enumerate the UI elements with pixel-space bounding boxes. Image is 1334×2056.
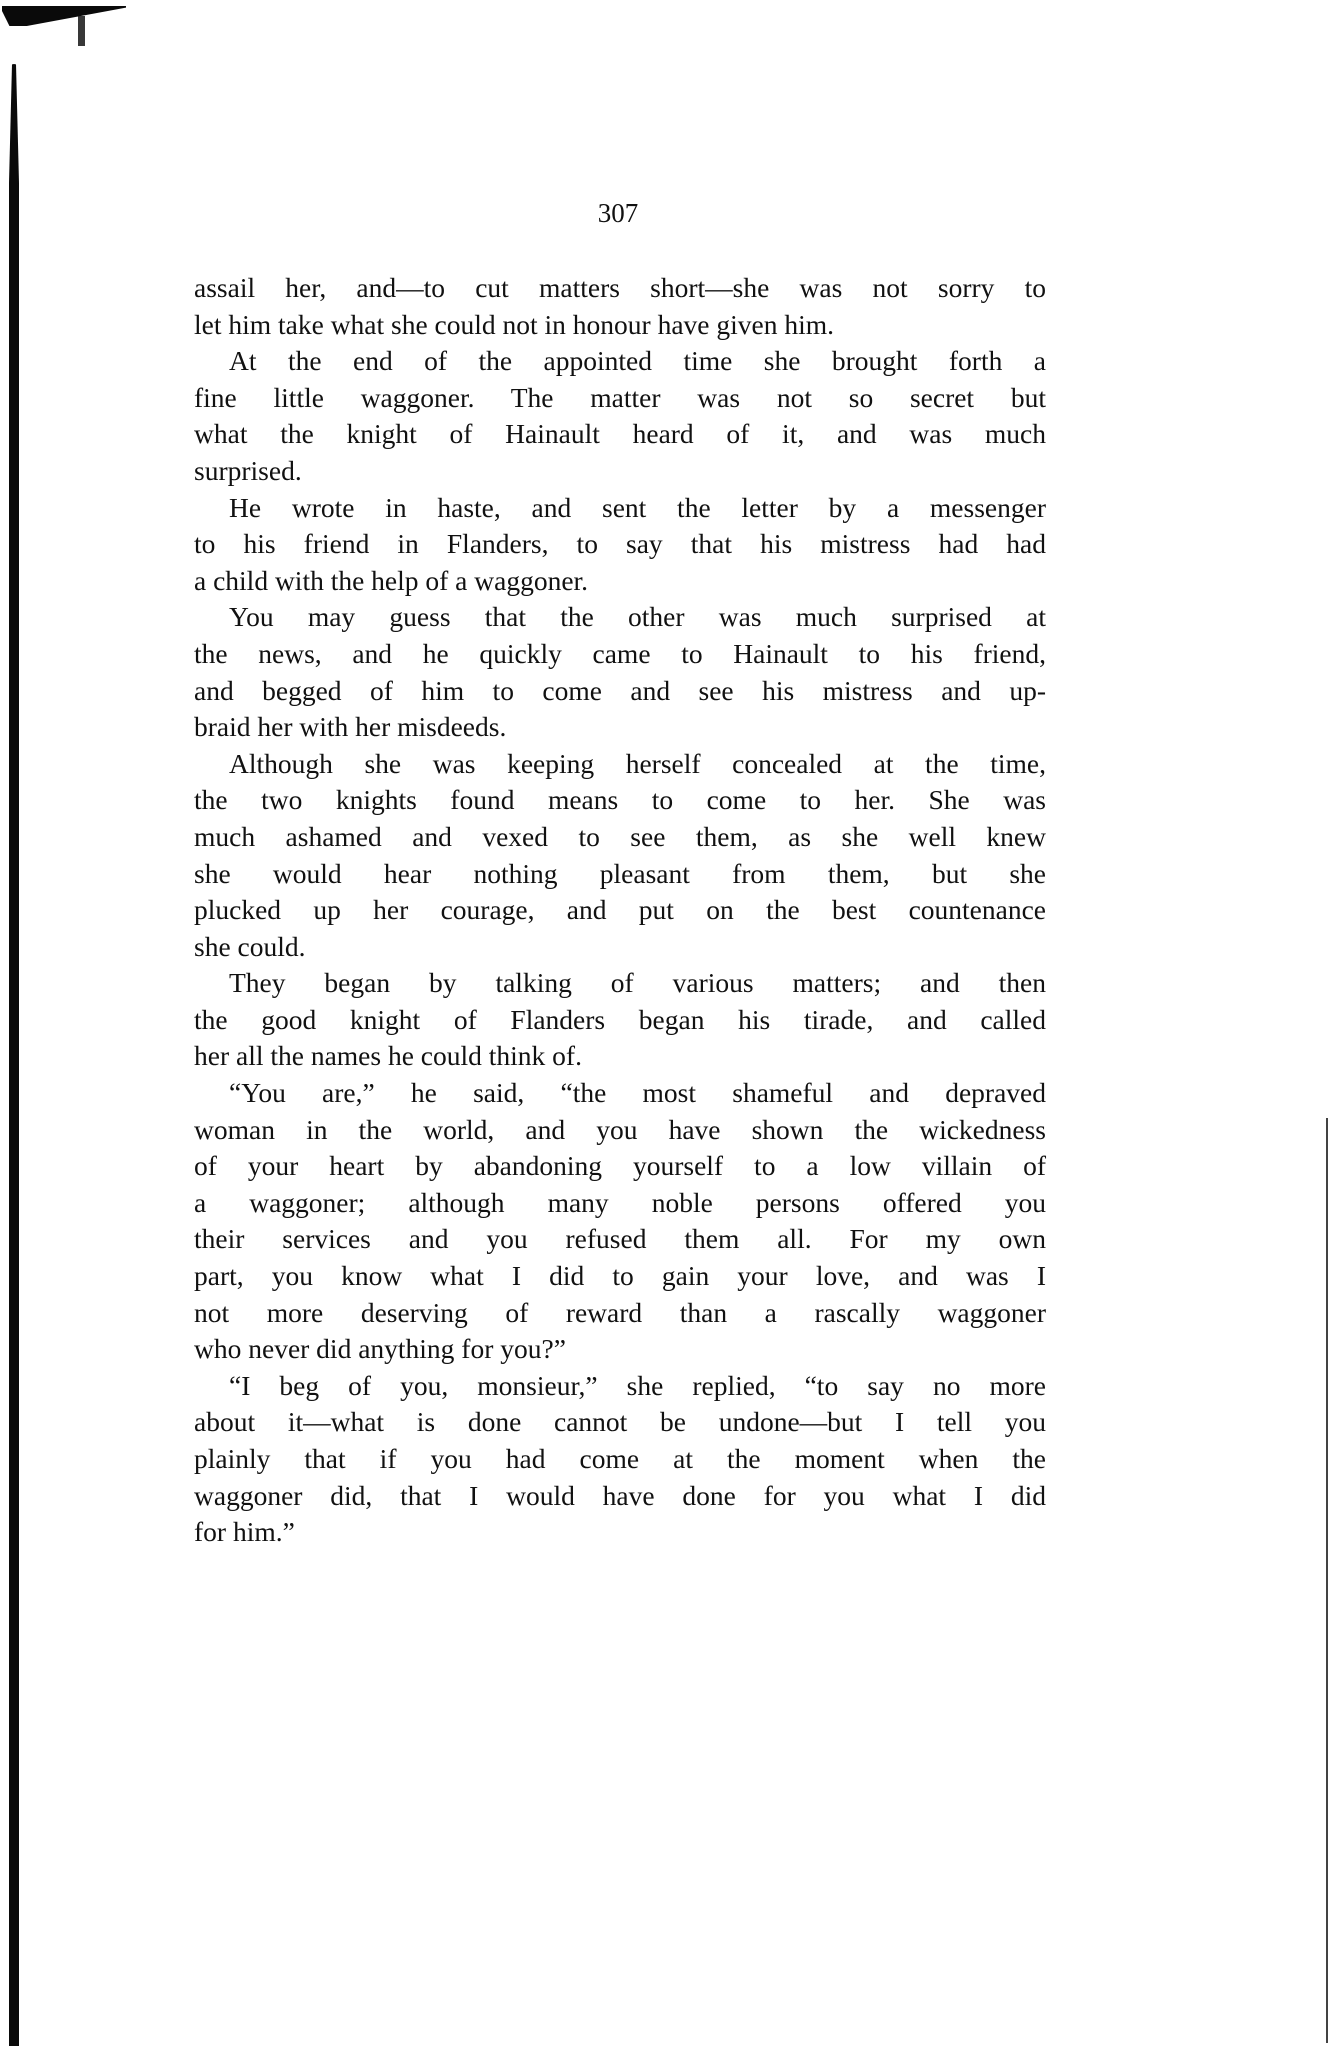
text-line: for him.” <box>194 1514 1046 1551</box>
text-line: the news, and he quickly came to Hainaul… <box>194 636 1046 673</box>
text-line: their services and you refused them all.… <box>194 1221 1046 1258</box>
text-line: part, you know what I did to gain your l… <box>194 1258 1046 1295</box>
text-line: a child with the help of a waggoner. <box>194 563 1046 600</box>
page-edge-line <box>1326 1118 1328 2043</box>
text-line: At the end of the appointed time she bro… <box>194 343 1046 380</box>
text-line: “I beg of you, monsieur,” she replied, “… <box>194 1368 1046 1405</box>
text-line: not more deserving of reward than a rasc… <box>194 1295 1046 1332</box>
text-line: what the knight of Hainault heard of it,… <box>194 416 1046 453</box>
body-text: assail her, and—to cut matters short—she… <box>194 270 1046 1551</box>
paragraph: You may guess that the other was much su… <box>194 599 1046 745</box>
book-page: 307 assail her, and—to cut matters short… <box>0 0 1334 2056</box>
text-line: plainly that if you had come at the mome… <box>194 1441 1046 1478</box>
paragraph: Although she was keeping herself conceal… <box>194 746 1046 966</box>
text-line: to his friend in Flanders, to say that h… <box>194 526 1046 563</box>
text-line: a waggoner; although many noble persons … <box>194 1185 1046 1222</box>
text-line: of your heart by abandoning yourself to … <box>194 1148 1046 1185</box>
paragraph: He wrote in haste, and sent the letter b… <box>194 490 1046 600</box>
paragraph: They began by talking of various matters… <box>194 965 1046 1075</box>
text-line: assail her, and—to cut matters short—she… <box>194 270 1046 307</box>
text-line: about it—what is done cannot be undone—b… <box>194 1404 1046 1441</box>
text-line: He wrote in haste, and sent the letter b… <box>194 490 1046 527</box>
text-line: who never did anything for you?” <box>194 1331 1046 1368</box>
text-line: she would hear nothing pleasant from the… <box>194 856 1046 893</box>
text-line: braid her with her misdeeds. <box>194 709 1046 746</box>
text-line: plucked up her courage, and put on the b… <box>194 892 1046 929</box>
text-line: “You are,” he said, “the most shameful a… <box>194 1075 1046 1112</box>
text-line: the good knight of Flanders began his ti… <box>194 1002 1046 1039</box>
text-line: Although she was keeping herself conceal… <box>194 746 1046 783</box>
text-line: You may guess that the other was much su… <box>194 599 1046 636</box>
paragraph: “I beg of you, monsieur,” she replied, “… <box>194 1368 1046 1551</box>
text-line: fine little waggoner. The matter was not… <box>194 380 1046 417</box>
paragraph: assail her, and—to cut matters short—she… <box>194 270 1046 343</box>
text-line: much ashamed and vexed to see them, as s… <box>194 819 1046 856</box>
paragraph: “You are,” he said, “the most shameful a… <box>194 1075 1046 1368</box>
binding-edge-shadow <box>9 64 19 2046</box>
text-line: her all the names he could think of. <box>194 1038 1046 1075</box>
text-line: surprised. <box>194 453 1046 490</box>
text-line: They began by talking of various matters… <box>194 965 1046 1002</box>
scan-corner-artifact <box>2 6 126 26</box>
text-line: she could. <box>194 929 1046 966</box>
text-line: the two knights found means to come to h… <box>194 782 1046 819</box>
scan-speck-artifact <box>78 16 85 46</box>
text-line: waggoner did, that I would have done for… <box>194 1478 1046 1515</box>
text-line: let him take what she could not in honou… <box>194 307 1046 344</box>
paragraph: At the end of the appointed time she bro… <box>194 343 1046 489</box>
text-line: and begged of him to come and see his mi… <box>194 673 1046 710</box>
text-line: woman in the world, and you have shown t… <box>194 1112 1046 1149</box>
page-number: 307 <box>0 195 1236 231</box>
